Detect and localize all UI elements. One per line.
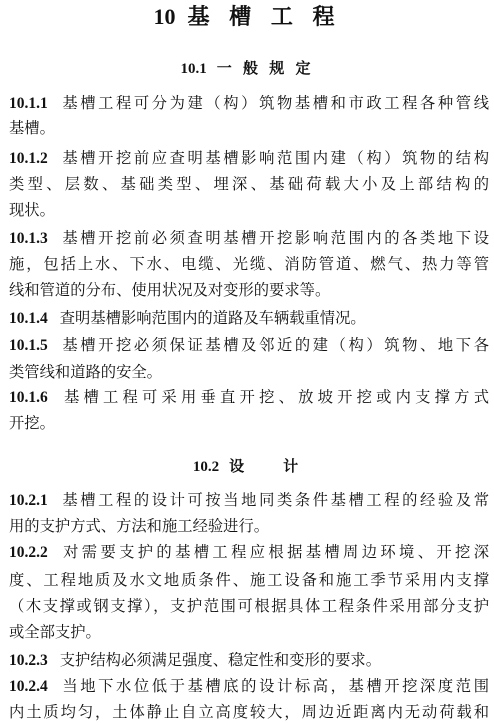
clause-10-2-3: 10.2.3支护结构必须满足强度、稳定性和变形的要求。 <box>9 649 489 672</box>
clause-10-1-4: 10.1.4查明基槽影响范围内的道路及车辆载重情况。 <box>9 307 489 330</box>
clause-text: 基槽开挖必须保证基槽及邻近的建（构）筑物、地下各 <box>60 336 489 354</box>
clause-10-2-2: 10.2.2对需要支护的基槽工程应根据基槽周边环境、开挖深 <box>9 541 489 564</box>
clause-line: 用的支护方式、方法和施工经验进行。 <box>9 515 489 537</box>
section-title-text: 设 计 <box>229 457 301 475</box>
clause-line: 或全部支护。 <box>9 621 489 643</box>
clause-text: 当地下水位低于基槽底的设计标高，基槽开挖深度范围 <box>60 677 489 695</box>
clause-text: 基槽工程的设计可按当地同类条件基槽工程的经验及常 <box>60 491 489 509</box>
chapter-title: 10基 槽 工 程 <box>0 2 494 32</box>
clause-line: 施，包括上水、下水、电缆、光缆、消防管道、燃气、热力等管 <box>9 253 489 275</box>
clause-line: 内土质均匀，土体静止自立高度较大，周边近距离内无动荷载和 <box>9 701 489 723</box>
clause-line: 度、工程地质及水文地质条件、施工设备和施工季节采用内支撑 <box>9 569 489 591</box>
clause-10-1-3: 10.1.3基槽开挖前必须查明基槽开挖影响范围内的各类地下设 <box>9 227 489 250</box>
clause-text: 支护结构必须满足强度、稳定性和变形的要求。 <box>60 651 381 669</box>
clause-line: 基槽。 <box>9 117 489 139</box>
clause-text: 基槽工程可采用垂直开挖、放坡开挖或内支撑方式 <box>60 388 489 406</box>
clause-line: 开挖。 <box>9 412 489 434</box>
clause-text: 基槽开挖前必须查明基槽开挖影响范围内的各类地下设 <box>60 229 489 247</box>
section-number: 10.1 <box>181 61 207 77</box>
clause-10-1-2: 10.1.2基槽开挖前应查明基槽影响范围内建（构）筑物的结构 <box>9 147 489 170</box>
clause-line: 线和管道的分布、使用状况及对变形的要求等。 <box>9 279 489 301</box>
clause-number: 10.1.1 <box>9 95 48 112</box>
clause-number: 10.1.3 <box>9 230 48 247</box>
clause-number: 10.2.1 <box>9 492 48 509</box>
section-number: 10.2 <box>193 459 219 475</box>
clause-number: 10.2.3 <box>9 652 48 669</box>
chapter-number: 10 <box>154 4 176 29</box>
clause-line: 类型、层数、基础类型、埋深、基础荷载大小及上部结构的 <box>9 173 489 195</box>
clause-number: 10.1.6 <box>9 389 48 406</box>
section-title-10-1: 10.1一 般 规 定 <box>0 57 494 80</box>
clause-10-2-4: 10.2.4当地下水位低于基槽底的设计标高，基槽开挖深度范围 <box>9 675 489 698</box>
clause-number: 10.1.4 <box>9 310 48 327</box>
clause-text: 查明基槽影响范围内的道路及车辆载重情况。 <box>60 309 366 327</box>
clause-line: 类管线和道路的安全。 <box>9 361 489 383</box>
clause-10-1-1: 10.1.1基槽工程可分为建（构）筑物基槽和市政工程各种管线 <box>9 92 489 115</box>
clause-number: 10.1.5 <box>9 337 48 354</box>
clause-10-2-1: 10.2.1基槽工程的设计可按当地同类条件基槽工程的经验及常 <box>9 489 489 512</box>
clause-text: 基槽开挖前应查明基槽影响范围内建（构）筑物的结构 <box>60 149 489 167</box>
clause-number: 10.1.2 <box>9 150 48 167</box>
clause-text: 对需要支护的基槽工程应根据基槽周边环境、开挖深 <box>60 543 489 561</box>
clause-10-1-5: 10.1.5基槽开挖必须保证基槽及邻近的建（构）筑物、地下各 <box>9 334 489 357</box>
clause-number: 10.2.2 <box>9 544 48 561</box>
clause-number: 10.2.4 <box>9 678 48 695</box>
clause-line: （木支撑或钢支撑），支护范围可根据具体工程条件采用部分支护 <box>9 595 489 617</box>
section-title-10-2: 10.2设 计 <box>0 455 494 478</box>
chapter-title-text: 基 槽 工 程 <box>188 4 341 30</box>
document-page: 10基 槽 工 程 10.1一 般 规 定 10.1.1基槽工程可分为建（构）筑… <box>0 0 494 723</box>
clause-10-1-6: 10.1.6基槽工程可采用垂直开挖、放坡开挖或内支撑方式 <box>9 386 489 409</box>
clause-line: 现状。 <box>9 199 489 221</box>
section-title-text: 一 般 规 定 <box>217 59 314 77</box>
clause-text: 基槽工程可分为建（构）筑物基槽和市政工程各种管线 <box>60 94 489 112</box>
